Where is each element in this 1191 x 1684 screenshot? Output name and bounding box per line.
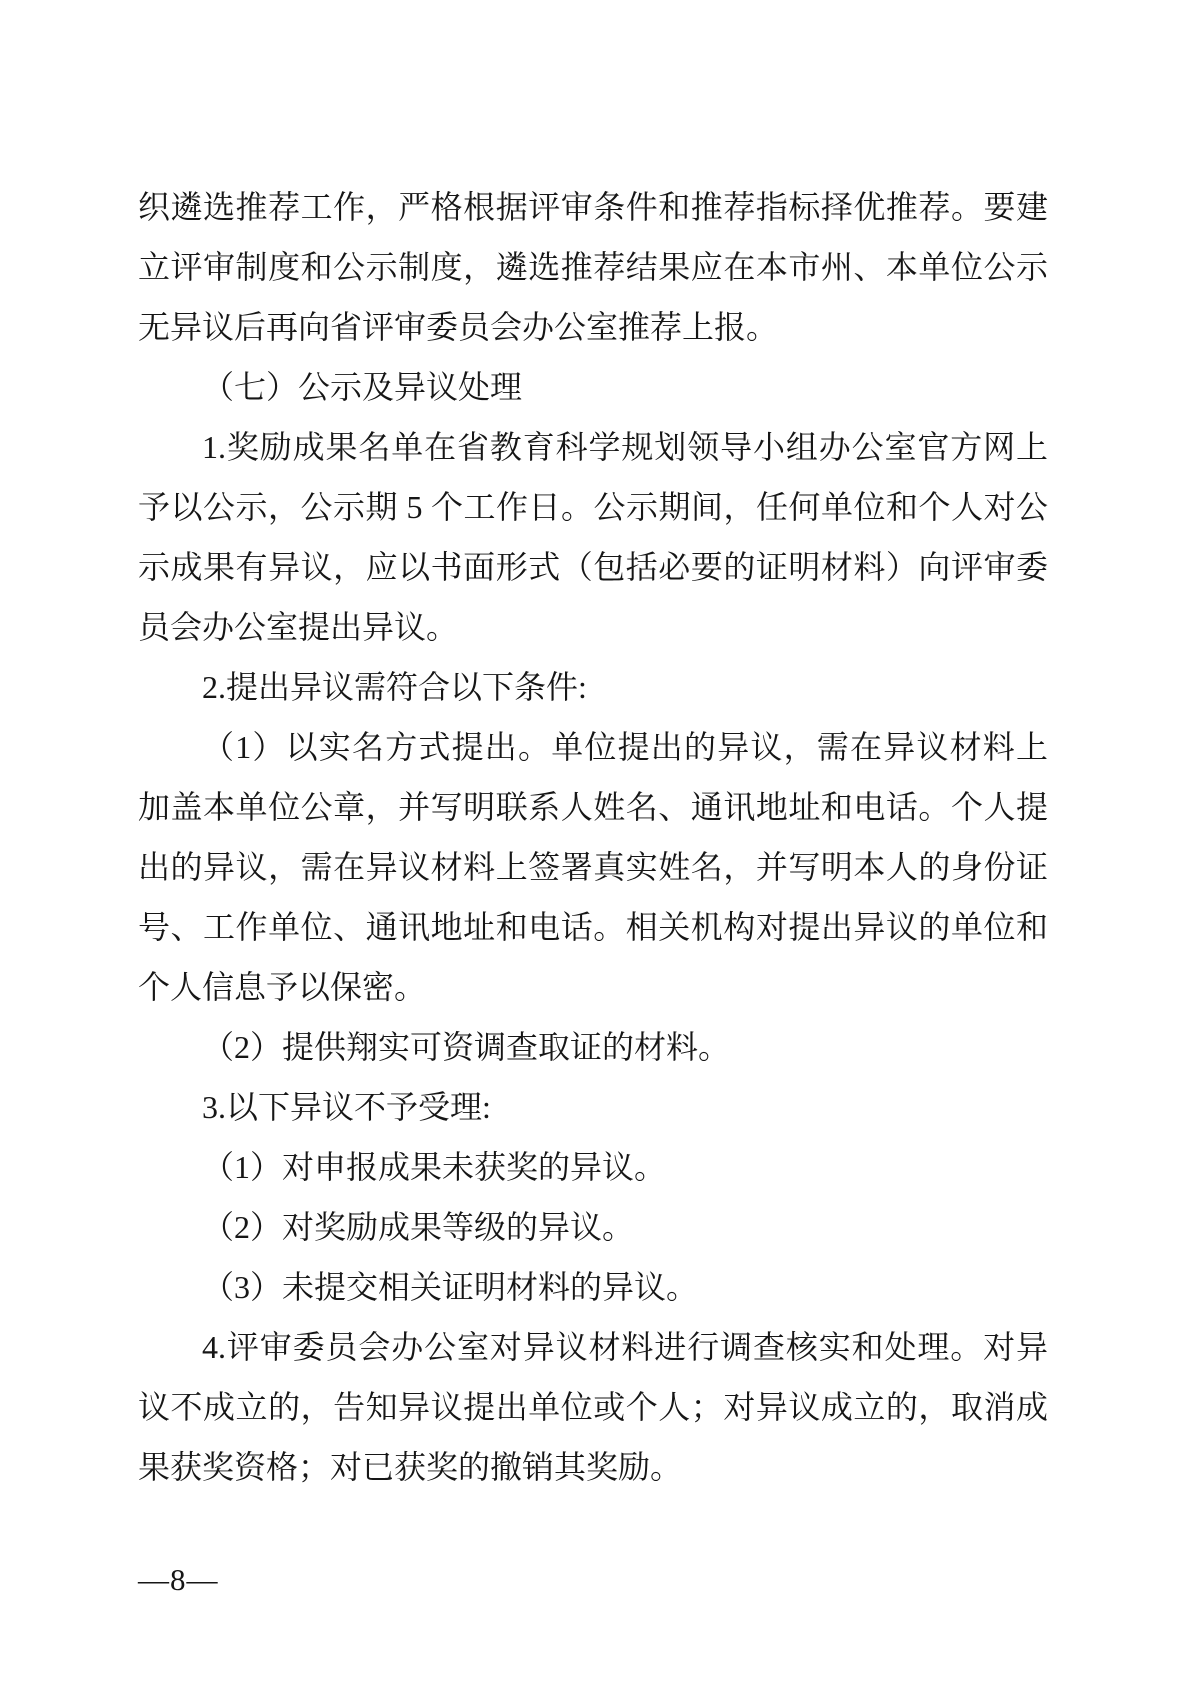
paragraph-item-2-sub-1: （1）以实名方式提出。单位提出的异议，需在异议材料上加盖本单位公章，并写明联系人… [138,717,1048,1017]
paragraph-item-3-sub-3: （3）未提交相关证明材料的异议。 [138,1257,1048,1317]
paragraph-item-3-sub-1: （1）对申报成果未获奖的异议。 [138,1137,1048,1197]
page-number: —8— [138,1558,219,1602]
paragraph-item-4: 4.评审委员会办公室对异议材料进行调查核实和处理。对异议不成立的，告知异议提出单… [138,1317,1048,1497]
paragraph-item-2-sub-2: （2）提供翔实可资调查取证的材料。 [138,1017,1048,1077]
paragraph-item-2: 2.提出异议需符合以下条件: [138,657,1048,717]
paragraph-item-3-sub-2: （2）对奖励成果等级的异议。 [138,1197,1048,1257]
paragraph-item-1: 1.奖励成果名单在省教育科学规划领导小组办公室官方网上予以公示，公示期 5 个工… [138,417,1048,657]
paragraph-continuation: 织遴选推荐工作，严格根据评审条件和推荐指标择优推荐。要建立评审制度和公示制度，遴… [138,177,1048,357]
section-heading: （七）公示及异议处理 [138,357,1048,417]
paragraph-item-3: 3.以下异议不予受理: [138,1077,1048,1137]
document-page: 织遴选推荐工作，严格根据评审条件和推荐指标择优推荐。要建立评审制度和公示制度，遴… [0,0,1191,1684]
document-body: 织遴选推荐工作，严格根据评审条件和推荐指标择优推荐。要建立评审制度和公示制度，遴… [138,177,1048,1497]
